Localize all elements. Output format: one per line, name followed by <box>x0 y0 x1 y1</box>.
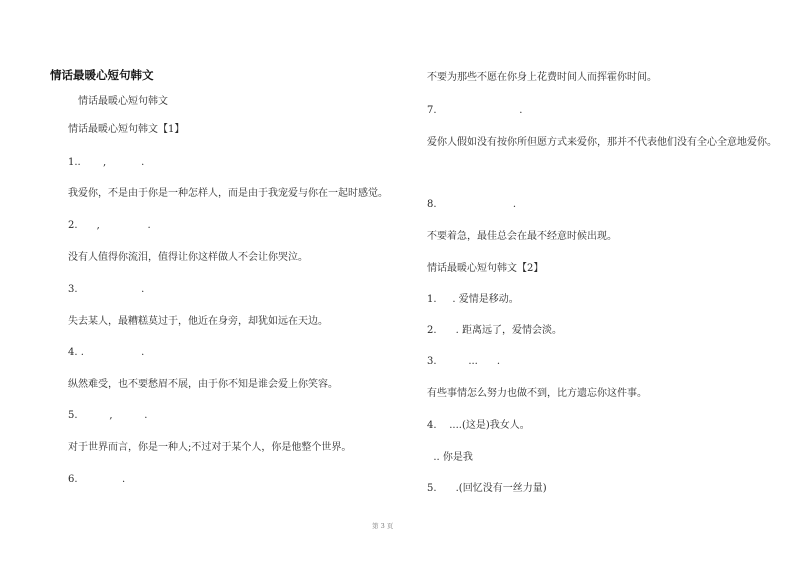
paragraph-line: 失去某人，最糟糕莫过于，他近在身旁，却犹如远在天边。 <box>68 316 328 328</box>
section-heading: 情话最暖心短句韩文【2】 <box>427 263 543 275</box>
paragraph-line: 5. , . <box>68 410 147 422</box>
document-subtitle: 情话最暖心短句韩文 <box>78 96 168 108</box>
paragraph-line: 4. ....(这是)我女人。 <box>427 420 530 432</box>
paragraph-line: 6. . <box>68 474 125 486</box>
paragraph-line: 2. , . <box>68 220 151 232</box>
paragraph-line: 我爱你，不是由于你是一种怎样人，而是由于我宠爱与你在一起时感觉。 <box>68 188 388 200</box>
paragraph-line: 不要着急，最佳总会在最不经意时候出现。 <box>427 231 617 243</box>
paragraph-line: 8. . <box>427 199 516 211</box>
paragraph-line: .. 你是我 <box>427 452 473 464</box>
paragraph-line: 爱你人假如没有按你所但愿方式来爱你，那并不代表他们没有全心全意地爱你。 <box>427 137 777 149</box>
paragraph-line: 7. . <box>427 105 522 117</box>
paragraph-line: 4. . . <box>68 347 144 359</box>
paragraph-line: 不要为那些不愿在你身上花费时间人而挥霍你时间。 <box>427 72 657 84</box>
paragraph-line: 有些事情怎么努力也做不到，比方遗忘你这件事。 <box>427 388 647 400</box>
paragraph-line: 对于世界而言，你是一种人;不过对于某个人，你是他整个世界。 <box>68 442 351 454</box>
paragraph-line: 没有人值得你流泪，值得让你这样做人不会让你哭泣。 <box>68 252 308 264</box>
paragraph-line: 5. .(回忆没有一丝力量) <box>427 483 547 495</box>
paragraph-line: 2. . 距离远了，爱情会淡。 <box>427 325 562 337</box>
paragraph-line: 1. . 爱情是移动。 <box>427 294 519 306</box>
section-heading: 情话最暖心短句韩文【1】 <box>68 124 184 136</box>
paragraph-line: 3. . <box>68 284 144 296</box>
page-number-footer: 第 3 页 <box>372 522 393 530</box>
document-page: 情话最暖心短句韩文 情话最暖心短句韩文 情话最暖心短句韩文【1】1.. , .我… <box>0 0 800 565</box>
paragraph-line: 3. ... . <box>427 356 500 368</box>
paragraph-line: 纵然难受，也不要愁眉不展，由于你不知是谁会爱上你笑容。 <box>68 379 338 391</box>
document-title: 情话最暖心短句韩文 <box>50 68 154 82</box>
paragraph-line: 1.. , . <box>68 157 144 169</box>
